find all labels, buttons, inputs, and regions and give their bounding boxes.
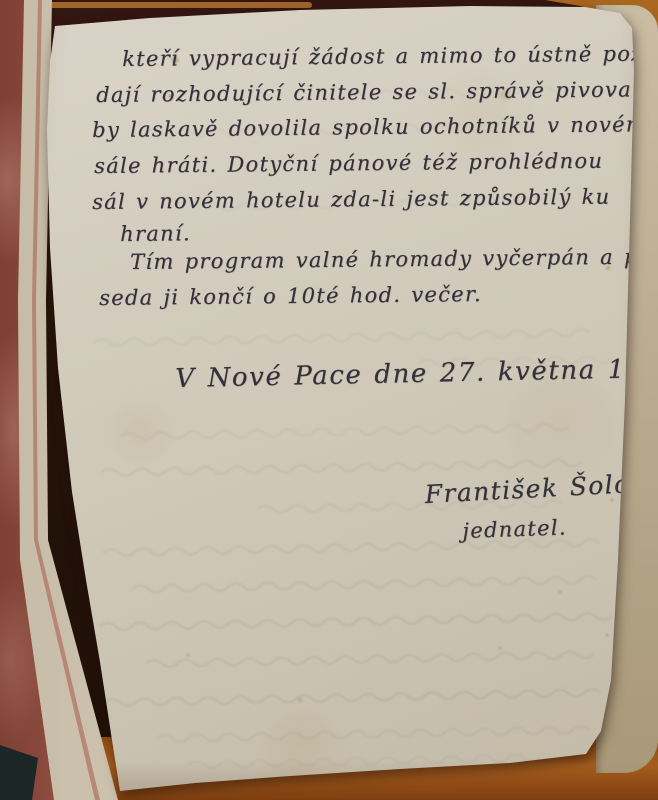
- handwriting-line-8: seda ji končí o 10té hod. večer.: [99, 282, 482, 310]
- handwriting-line-2: dají rozhodující činitele se sl. správě …: [96, 77, 658, 107]
- handwriting-line-7: Tím program valné hromady vyčerpán a pře…: [130, 244, 658, 274]
- manuscript-page: kteří vypracují žádost a mimo to ústně p…: [0, 0, 658, 800]
- handwriting-line-1: kteří vypracují žádost a mimo to ústně p…: [122, 41, 658, 71]
- book-page-photo: kteří vypracují žádost a mimo to ústně p…: [0, 0, 658, 800]
- handwriting-line-3: by laskavě dovolila spolku ochotníků v n…: [92, 112, 647, 142]
- page-shadow: kteří vypracují žádost a mimo to ústně p…: [0, 0, 658, 800]
- handwriting-line-4: sále hráti. Dotyční pánové též prohlédno…: [94, 149, 603, 178]
- handwriting-line-5: sál v novém hotelu zda-li jest způsobilý…: [92, 185, 611, 214]
- handwriting-line-6: hraní.: [120, 221, 191, 246]
- signature-role: jednatel.: [462, 515, 567, 543]
- signature-name: František Šolc: [424, 469, 630, 509]
- dateline: V Nové Pace dne 27. května 1907.: [175, 353, 658, 394]
